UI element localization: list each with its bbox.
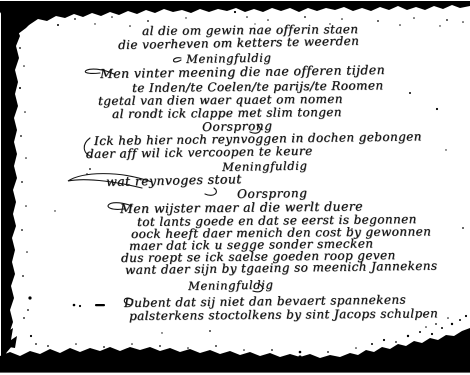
manuscript-line: wat reynvoges stout xyxy=(106,171,242,189)
manuscript-page: al die om gewin nae offerin staen die vo… xyxy=(0,0,470,375)
manuscript-scan: al die om gewin nae offerin staen die vo… xyxy=(0,0,470,375)
speaker-heading: Meningfuldig xyxy=(188,278,274,293)
manuscript-line: die voerheven om ketters te weerden xyxy=(118,34,359,52)
manuscript-line: palsterkens stoctolkens by sint Jacops s… xyxy=(129,306,438,323)
manuscript-line: want daer sijn by tgaeing so meenich Jan… xyxy=(125,259,438,277)
